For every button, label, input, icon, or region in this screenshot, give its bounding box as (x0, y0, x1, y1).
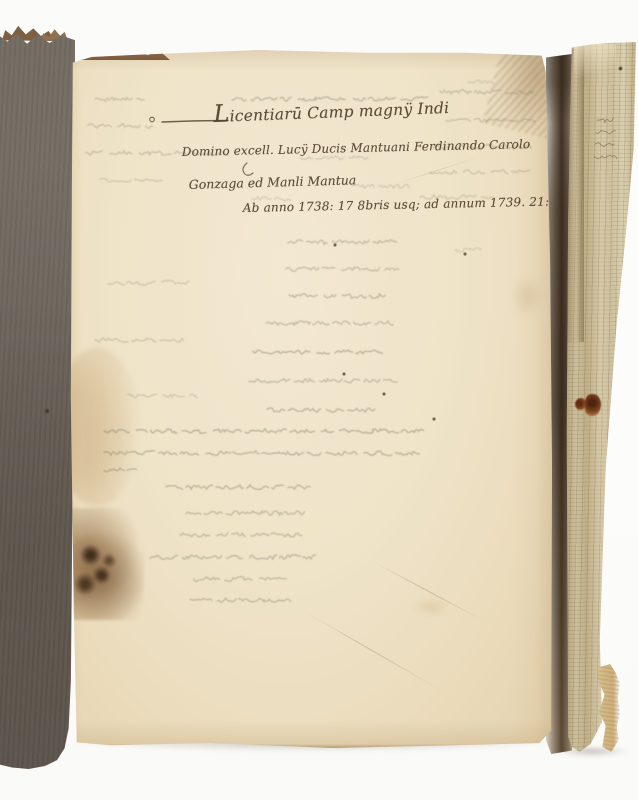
book-inside-cover-board (0, 32, 75, 769)
heading-line: Licentiarū Camp magnÿ Indi (213, 91, 450, 128)
manuscript-page: Licentiarū Camp magnÿ Indi Domino excell… (62, 50, 554, 748)
page-fleck (463, 252, 467, 256)
page-crease (302, 610, 441, 691)
page-fleck (432, 417, 436, 421)
date-range-line: Ab anno 1738: 17 8bris usq; ad annum 173… (243, 194, 594, 215)
page-fleck (382, 392, 386, 396)
strip-bottom-shadow (560, 748, 630, 757)
page-crease (394, 156, 480, 185)
dedication-line-2: Gonzaga ed Manli Mantua (189, 172, 357, 192)
page-fleck (333, 243, 337, 247)
photo-stage: Licentiarū Camp magnÿ Indi Domino excell… (0, 0, 638, 800)
page-fleck (342, 372, 346, 376)
rust-nail-stain (575, 394, 601, 424)
strip-fleck (618, 66, 623, 71)
vellum-cover-edge-strip (566, 42, 638, 754)
frayed-cover-fibers (598, 664, 620, 752)
board-fleck (44, 408, 50, 414)
page-crease (369, 560, 484, 622)
soft-stain-upper (512, 276, 544, 316)
strip-bent-corner-highlight (574, 44, 616, 78)
page-top-torn-fragment (80, 44, 170, 60)
